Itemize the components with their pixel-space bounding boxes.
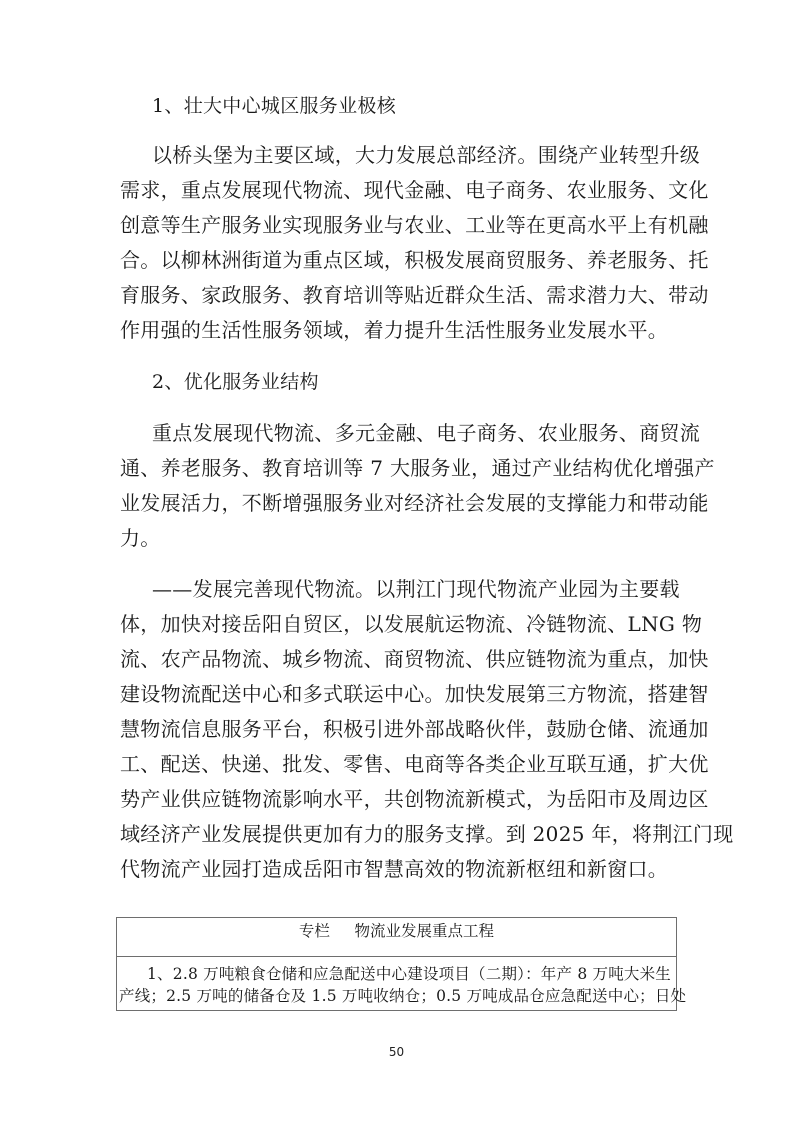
- paragraph-line: ——发展完善现代物流。以荆江门现代物流产业园为主要载: [152, 577, 712, 601]
- paragraph-line: 势产业供应链物流影响水平，共创物流新模式，为岳阳市及周边区: [120, 787, 680, 811]
- column-box-line: 1、2.8 万吨粮食仓储和应急配送中心建设项目（二期）：年产 8 万吨大米生: [147, 964, 671, 984]
- paragraph-line: 通、养老服务、教育培训等 7 大服务业，通过产业结构优化增强产: [120, 456, 680, 480]
- page-number: 50: [0, 1045, 793, 1059]
- section-heading-2: 2、优化服务业结构: [152, 370, 712, 394]
- column-box-line: 产线；2.5 万吨的储备仓及 1.5 万吨收纳仓；0.5 万吨成品仓应急配送中心…: [119, 986, 686, 1006]
- column-box: 专栏 物流业发展重点工程 1、2.8 万吨粮食仓储和应急配送中心建设项目（二期）…: [116, 917, 677, 1011]
- paragraph-line: 建设物流配送中心和多式联运中心。加快发展第三方物流，搭建智: [120, 682, 680, 706]
- paragraph-line: 域经济产业发展提供更加有力的服务支撑。到 2025 年，将荆江门现: [120, 822, 680, 846]
- paragraph-line: 作用强的生活性服务领域，着力提升生活性服务业发展水平。: [120, 318, 680, 342]
- column-box-header: 专栏 物流业发展重点工程: [117, 918, 676, 957]
- paragraph-line: 合。以柳林洲街道为重点区域，积极发展商贸服务、养老服务、托: [120, 248, 680, 272]
- document-page: 1、壮大中心城区服务业极核 以桥头堡为主要区域，大力发展总部经济。围绕产业转型升…: [0, 0, 793, 1122]
- column-box-title: 专栏 物流业发展重点工程: [117, 921, 676, 941]
- section-heading-1: 1、壮大中心城区服务业极核: [152, 94, 712, 118]
- paragraph-line: 需求，重点发展现代物流、现代金融、电子商务、农业服务、文化: [120, 178, 680, 202]
- paragraph-line: 育服务、家政服务、教育培训等贴近群众生活、需求潜力大、带动: [120, 283, 680, 307]
- paragraph-line: 体，加快对接岳阳自贸区，以发展航运物流、冷链物流、LNG 物: [120, 612, 680, 636]
- paragraph-line: 流、农产品物流、城乡物流、商贸物流、供应链物流为重点，加快: [120, 647, 680, 671]
- paragraph-line: 代物流产业园打造成岳阳市智慧高效的物流新枢纽和新窗口。: [120, 857, 680, 881]
- paragraph-line: 业发展活力，不断增强服务业对经济社会发展的支撑能力和带动能: [120, 491, 680, 515]
- paragraph-line: 力。: [120, 526, 680, 550]
- paragraph-line: 以桥头堡为主要区域，大力发展总部经济。围绕产业转型升级: [152, 143, 712, 167]
- paragraph-line: 重点发展现代物流、多元金融、电子商务、农业服务、商贸流: [152, 421, 712, 445]
- paragraph-line: 工、配送、快递、批发、零售、电商等各类企业互联互通，扩大优: [120, 752, 680, 776]
- paragraph-line: 慧物流信息服务平台，积极引进外部战略伙伴，鼓励仓储、流通加: [120, 717, 680, 741]
- paragraph-line: 创意等生产服务业实现服务业与农业、工业等在更高水平上有机融: [120, 213, 680, 237]
